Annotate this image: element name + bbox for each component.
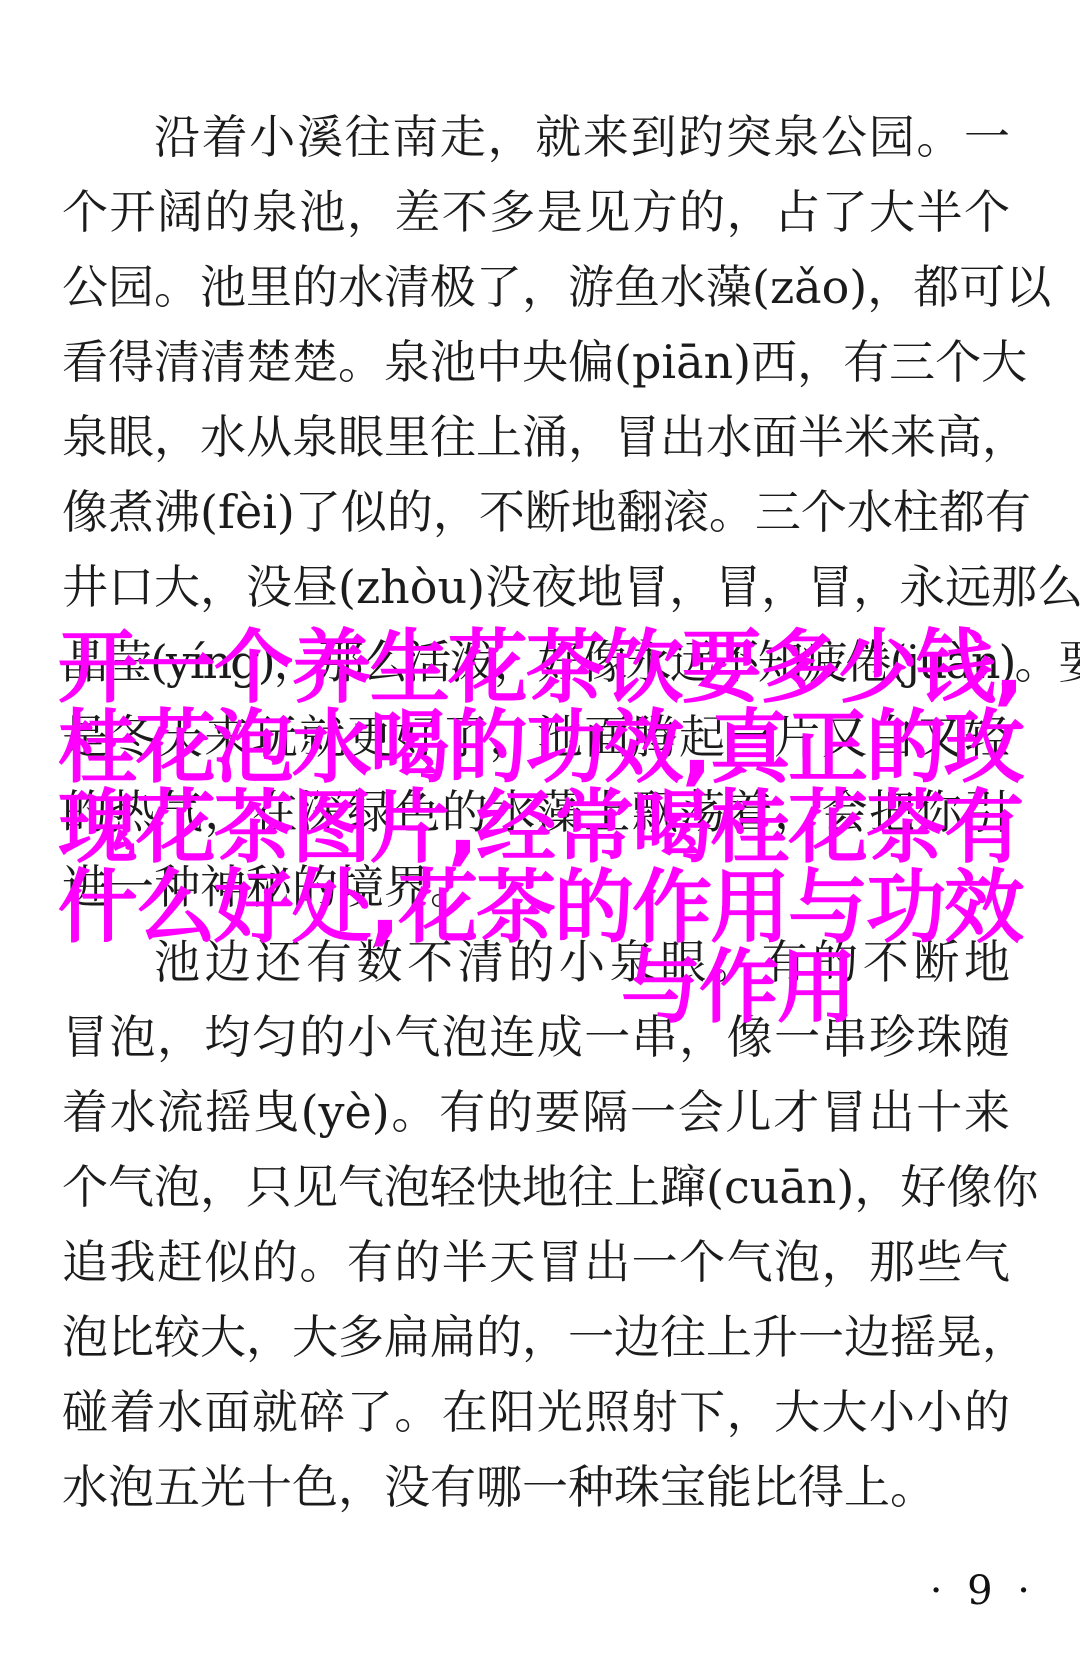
text-line: 的热气，在深绿色的水藻上飘荡着，会把你引 — [62, 775, 1010, 850]
text-line: 公园。池里的水清极了，游鱼水藻(zǎo)，都可以 — [62, 250, 1010, 325]
text-line: 泉眼，水从泉眼里往上涌，冒出水面半米来高， — [62, 400, 1010, 475]
text-line: 看得清清楚楚。泉池中央偏(piān)西，有三个大 — [62, 325, 1010, 400]
text-line: 水泡五光十色，没有哪一种珠宝能比得上。 — [62, 1450, 1010, 1525]
text-line: 进一种神秘的境界。 — [62, 850, 1010, 925]
text-line: 个气泡，只见气泡轻快地往上蹿(cuān)，好像你 — [62, 1150, 1010, 1225]
text-line: 晶莹(yíng)，那么活泼，好像永远不知疲倦(juàn)。要 — [62, 625, 1010, 700]
text-line: 冒泡，均匀的小气泡连成一串，像一串珍珠随 — [62, 1000, 1010, 1075]
lesson-text: 沿着小溪往南走，就来到趵突泉公园。一 个开阔的泉池，差不多是见方的，占了大半个 … — [62, 100, 1010, 1525]
text-line: 泡比较大，大多扁扁的，一边往上升一边摇晃， — [62, 1300, 1010, 1375]
text-line: 着水流摇曳(yè)。有的要隔一会儿才冒出十来 — [62, 1075, 1010, 1150]
text-line: 碰着水面就碎了。在阳光照射下，大大小小的 — [62, 1375, 1010, 1450]
text-line: 沿着小溪往南走，就来到趵突泉公园。一 — [62, 100, 1010, 175]
scanned-textbook-page: 沿着小溪往南走，就来到趵突泉公园。一 个开阔的泉池，差不多是见方的，占了大半个 … — [0, 0, 1080, 1655]
text-line: 追我赶似的。有的半天冒出一个气泡，那些气 — [62, 1225, 1010, 1300]
text-line: 个开阔的泉池，差不多是见方的，占了大半个 — [62, 175, 1010, 250]
text-line: 是冬天来玩就更好了，池面腾起一片又白又轻 — [62, 700, 1010, 775]
text-line: 像煮沸(fèi)了似的，不断地翻滚。三个水柱都有 — [62, 475, 1010, 550]
text-line: 井口大，没昼(zhòu)没夜地冒，冒，冒，永远那么 — [62, 550, 1010, 625]
page-number: · 9 · — [930, 1568, 1036, 1614]
text-line: 池边还有数不清的小泉眼。有的不断地 — [62, 925, 1010, 1000]
